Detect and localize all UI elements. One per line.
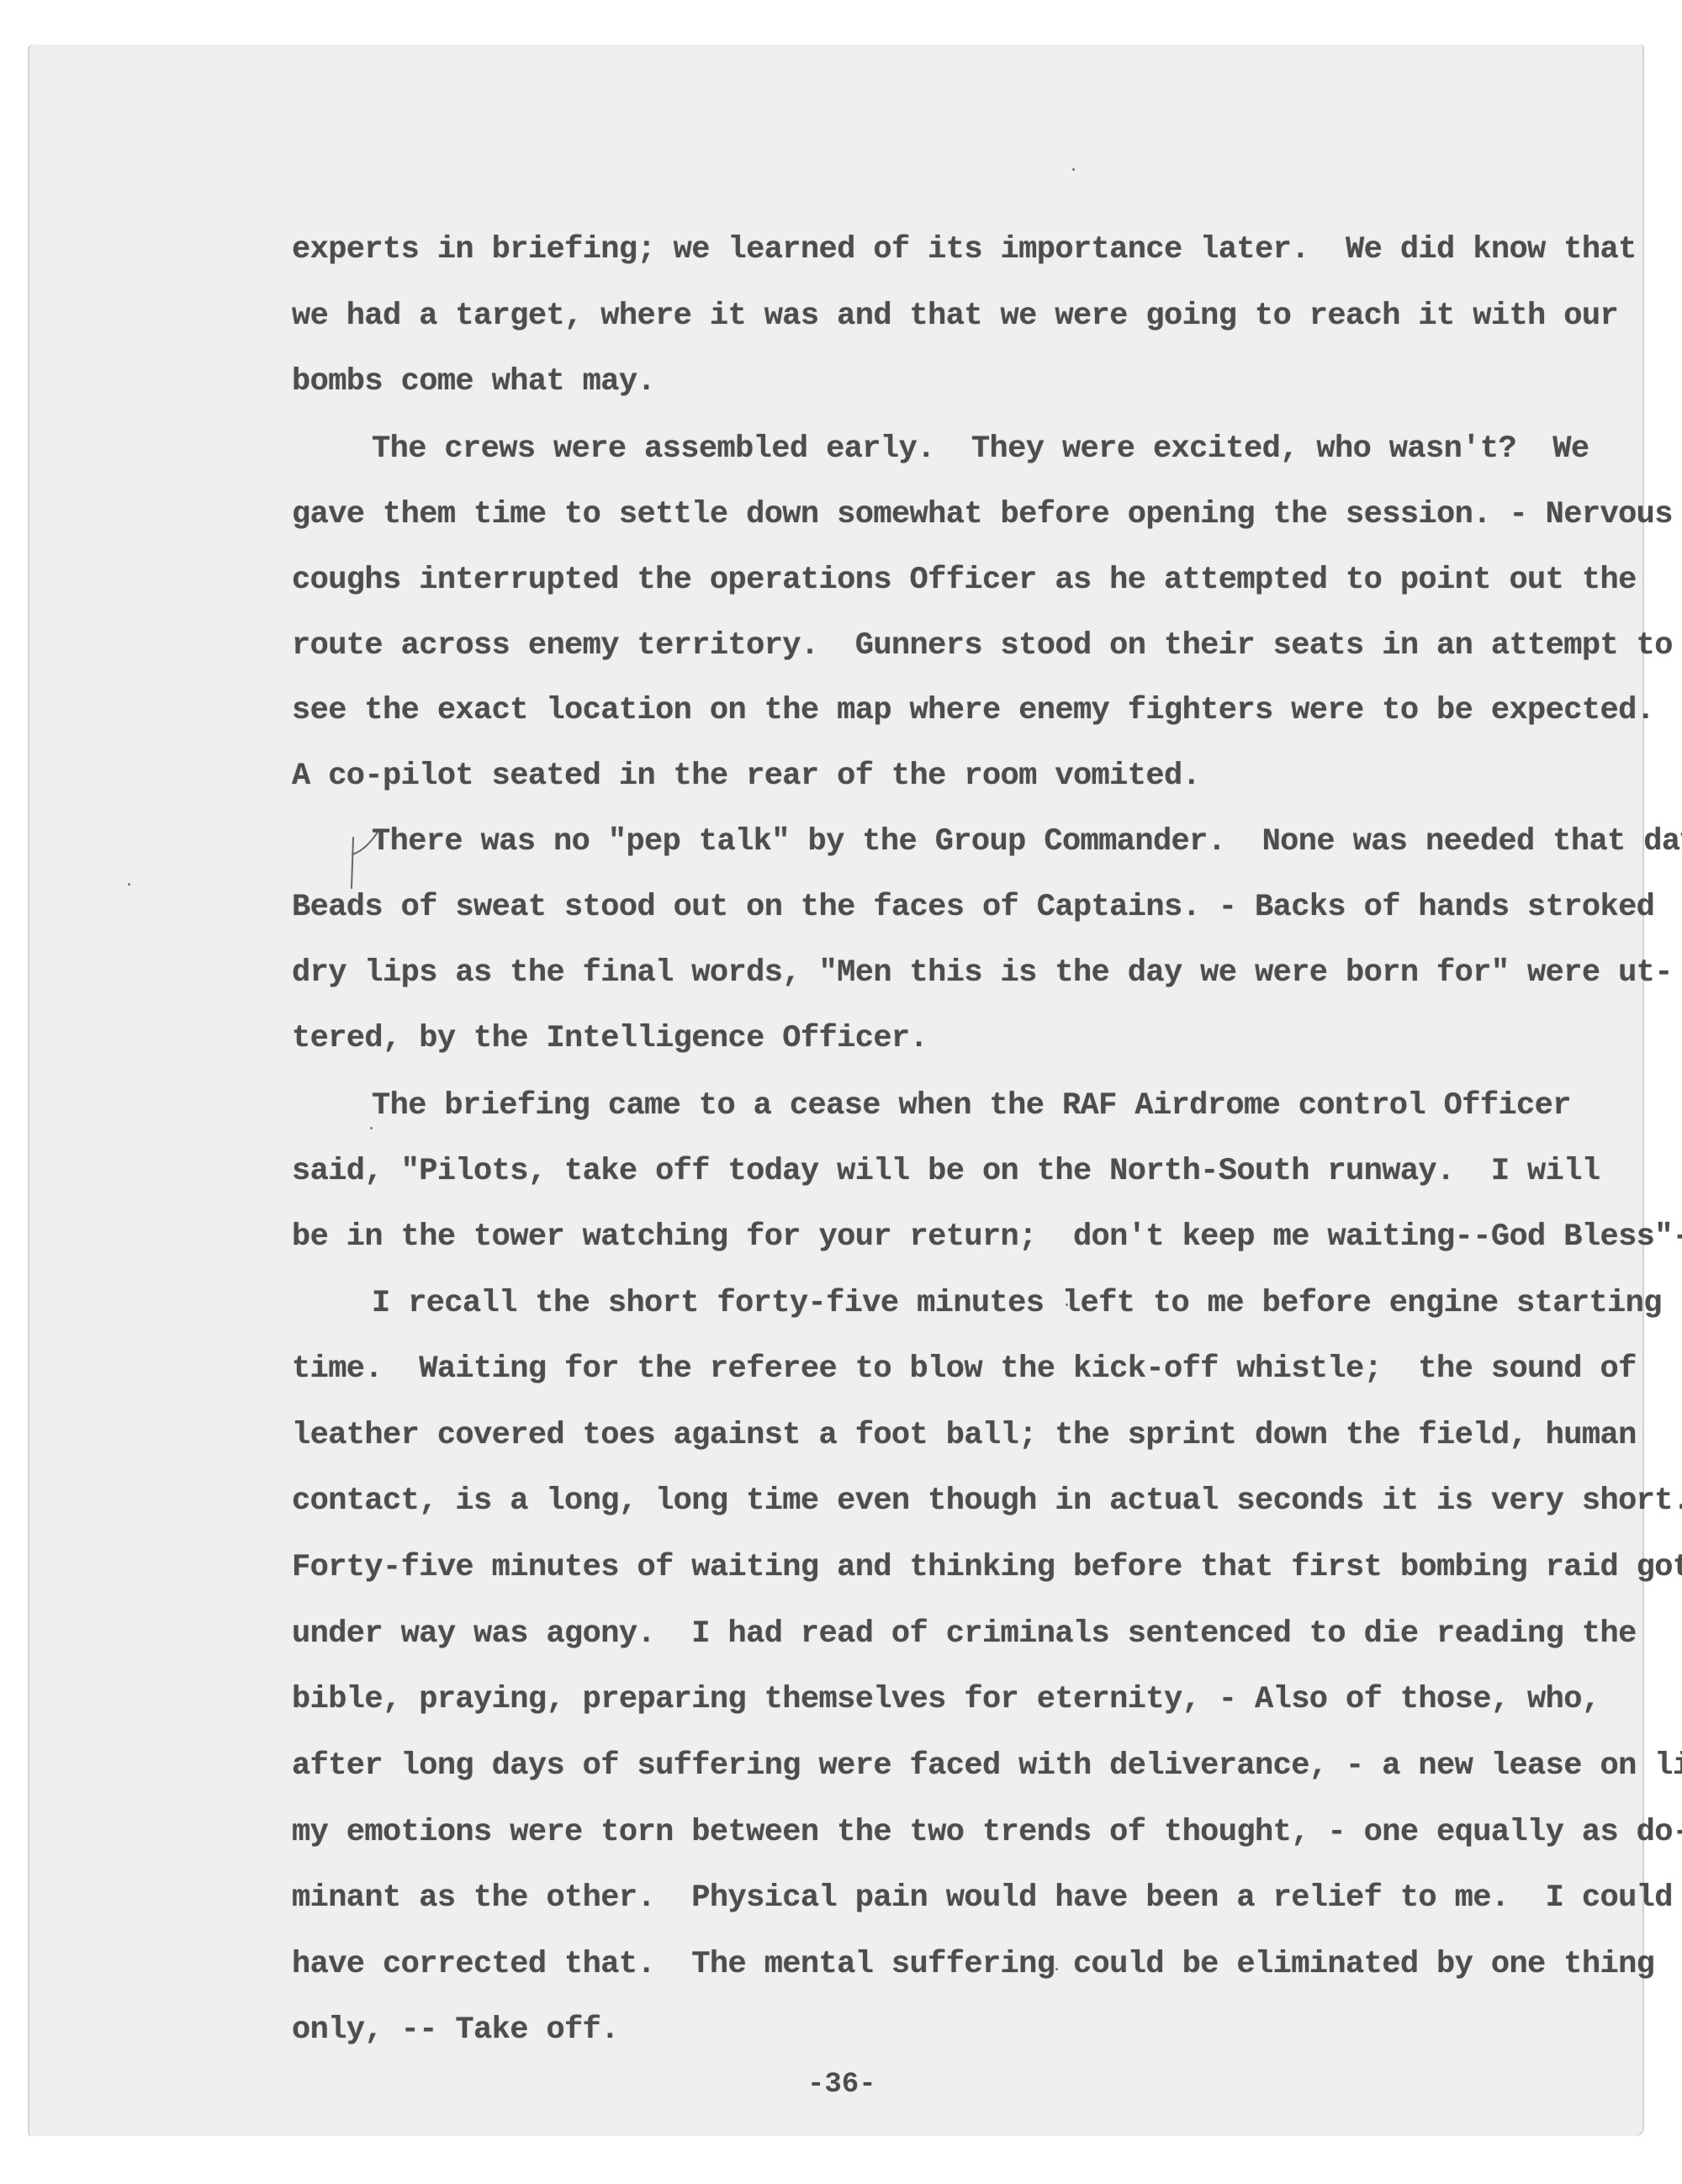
paper-speck (1055, 1968, 1058, 1970)
text-line: my emotions were torn between the two tr… (292, 1811, 1682, 1853)
text-line: route across enemy territory. Gunners st… (292, 625, 1673, 667)
text-line: be in the tower watching for your return… (292, 1216, 1682, 1258)
text-line: coughs interrupted the operations Office… (292, 559, 1637, 601)
page-number: -36- (807, 2069, 876, 2101)
text-line: said, "Pilots, take off today will be on… (292, 1150, 1600, 1192)
text-line: Forty-five minutes of waiting and thinki… (292, 1547, 1682, 1589)
text-line: tered, by the Intelligence Officer. (292, 1018, 928, 1060)
text-line-paragraph-start: I recall the short forty-five minutes le… (292, 1282, 1662, 1325)
paper-speck (1072, 168, 1075, 171)
text-line: Beads of sweat stood out on the faces of… (292, 886, 1654, 928)
text-line: experts in briefing; we learned of its i… (292, 229, 1637, 271)
text-line: minant as the other. Physical pain would… (292, 1877, 1673, 1919)
text-line: see the exact location on the map where … (292, 690, 1654, 732)
text-line: A co-pilot seated in the rear of the roo… (292, 755, 1200, 797)
text-line-paragraph-start: The briefing came to a cease when the RA… (292, 1085, 1571, 1127)
text-line: under way was agony. I had read of crimi… (292, 1613, 1637, 1655)
text-line: leather covered toes against a foot ball… (292, 1415, 1637, 1457)
text-line: only, -- Take off. (292, 2009, 619, 2051)
text-line: have corrected that. The mental sufferin… (292, 1943, 1654, 1986)
paper-speck (1066, 1304, 1068, 1306)
text-line: bombs come what may. (292, 361, 655, 403)
text-line: time. Waiting for the referee to blow th… (292, 1348, 1637, 1390)
paper-speck (128, 883, 130, 886)
text-line: after long days of suffering were faced … (292, 1745, 1682, 1787)
text-line-paragraph-start: The crews were assembled early. They wer… (292, 428, 1589, 470)
text-line-paragraph-start: There was no "pep talk" by the Group Com… (292, 821, 1682, 863)
text-line: gave them time to settle down somewhat b… (292, 494, 1673, 536)
text-line: we had a target, where it was and that w… (292, 295, 1618, 337)
paper-speck (370, 1127, 373, 1129)
text-line: dry lips as the final words, "Men this i… (292, 952, 1673, 994)
text-line: bible, praying, preparing themselves for… (292, 1679, 1600, 1721)
text-line: contact, is a long, long time even thoug… (292, 1480, 1682, 1522)
